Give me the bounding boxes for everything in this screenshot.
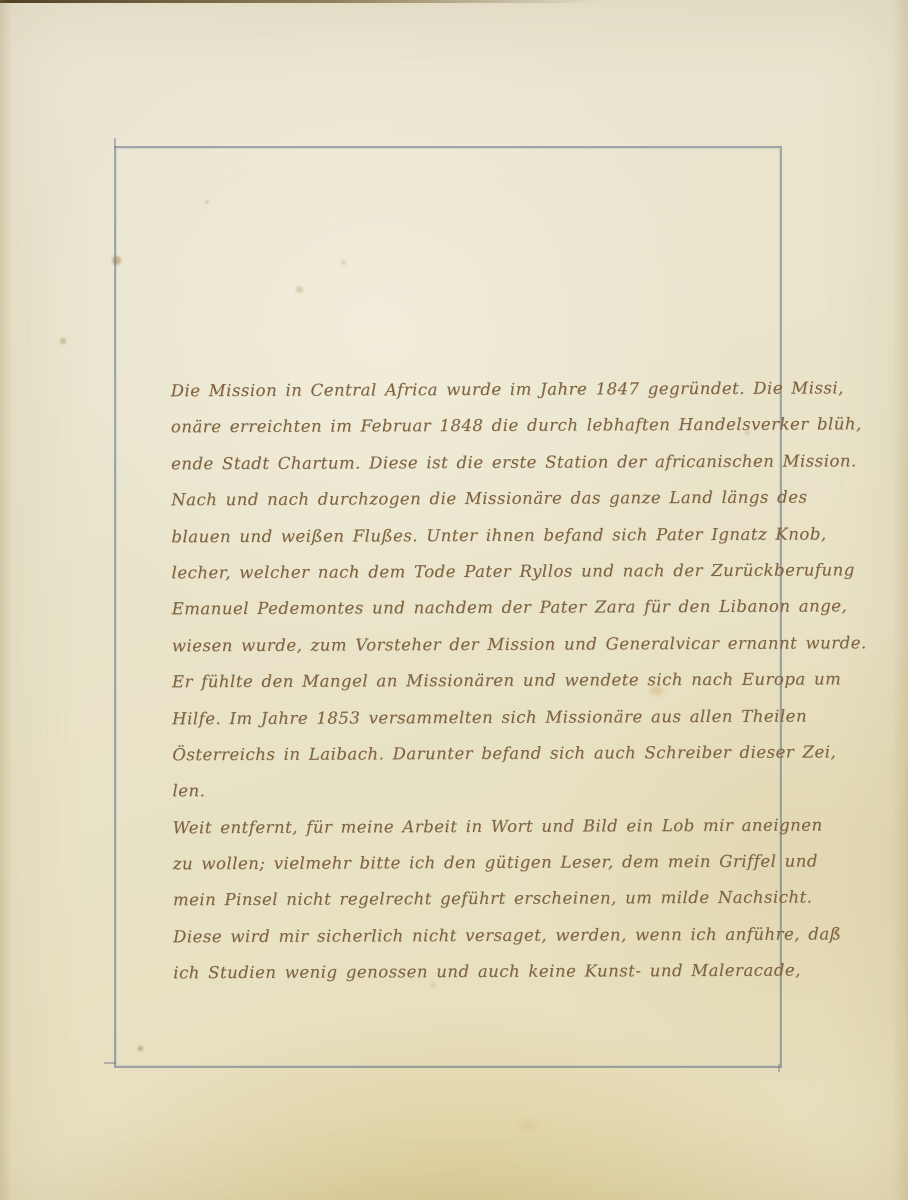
text-line: Diese wird mir sicherlich nicht versaget… [173,917,773,956]
page-left-edge [0,0,12,1200]
ruled-border-overshoot [114,138,116,148]
paragraph-mission-history: Die Mission in Central Africa wurde im J… [171,371,773,810]
page-top-edge [0,0,600,3]
text-line: Hilfe. Im Jahre 1853 versammelten sich M… [172,698,772,737]
text-line: Die Mission in Central Africa wurde im J… [171,371,771,410]
text-line: zu wollen; vielmehr bitte ich den gütige… [173,844,773,883]
text-line: blauen und weißen Flußes. Unter ihnen be… [171,516,771,555]
manuscript-page: Die Mission in Central Africa wurde im J… [0,0,908,1200]
text-line: Österreichs in Laibach. Darunter befand … [172,735,772,774]
text-line: Er fühlte den Mangel an Missionären und … [172,662,772,701]
ruled-border-overshoot [104,1062,116,1064]
handwritten-text: Die Mission in Central Africa wurde im J… [171,371,774,992]
text-line: wiesen wurde, zum Vorsteher der Mission … [172,625,772,664]
ruled-border-overshoot [778,1064,780,1072]
text-line: len. [172,771,772,810]
text-line: lecher, welcher nach dem Tode Pater Ryll… [171,553,771,592]
page-right-edge [892,0,908,1200]
paragraph-authors-apology: Weit entfernt, für meine Arbeit in Wort … [173,807,774,992]
foxing-spot [60,338,66,344]
text-line: Emanuel Pedemontes und nachdem der Pater… [172,589,772,628]
text-line: Weit entfernt, für meine Arbeit in Wort … [173,807,773,846]
text-line: Nach und nach durchzogen die Missionäre … [171,480,771,519]
text-line: mein Pinsel nicht regelrecht geführt ers… [173,880,773,919]
text-line: ende Stadt Chartum. Diese ist die erste … [171,443,771,482]
text-line: onäre erreichten im Februar 1848 die dur… [171,407,771,446]
text-line: ich Studien wenig genossen und auch kein… [173,953,773,992]
foxing-spot [520,1120,536,1130]
